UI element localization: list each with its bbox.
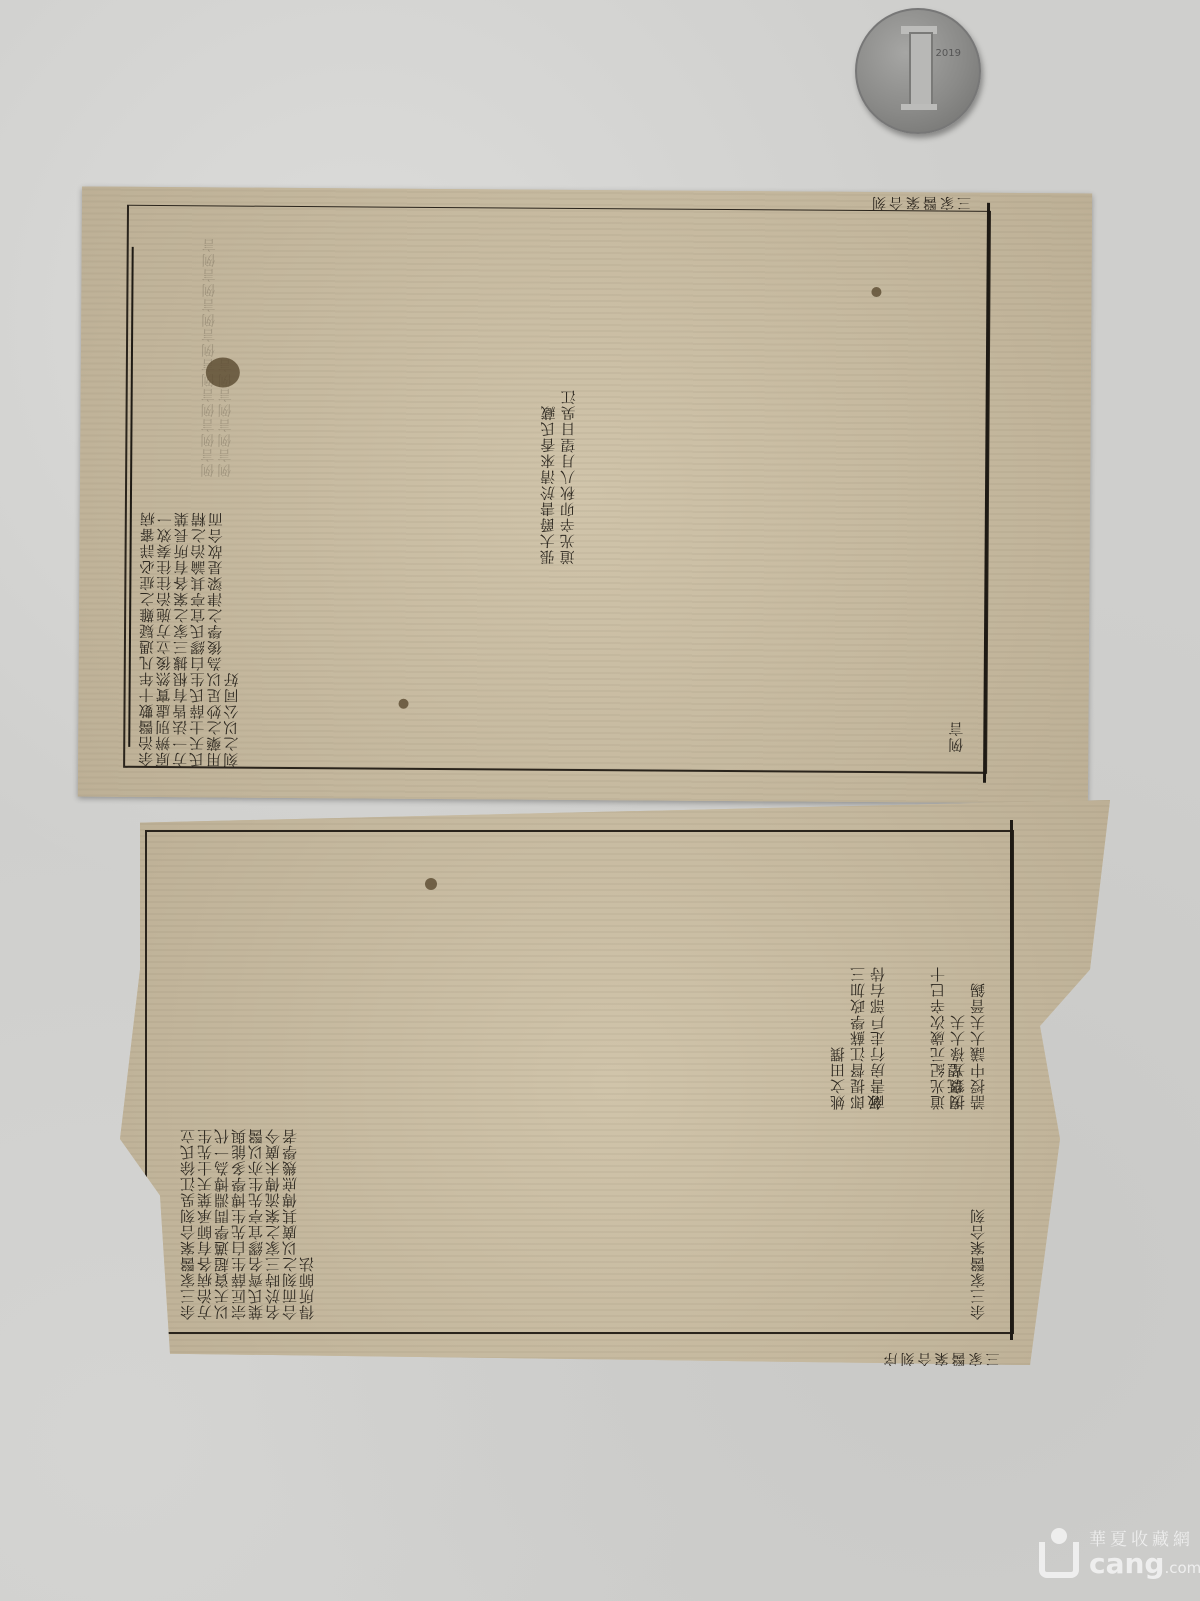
margin-header-bottom: 三家醫案合刻序 (820, 1345, 1060, 1369)
cang-logo-icon (1035, 1528, 1083, 1580)
ink-stain (871, 287, 881, 297)
preface-text-columns: 余三家醫案合刻吳江徐氏立方治病各有師承葉天士先生以天資超邁學問淵博為一代宗匠薛生… (180, 1120, 990, 1320)
book-bottom-leaf: 誥授中議大夫晉錫 按察光祿大夫 南書房行走戶部右侍 郎提督江蘇學政加三級 姚文田… (110, 800, 1110, 1365)
watermark: 華夏收藏網 cang.com (1035, 1525, 1200, 1582)
ink-stain (399, 699, 409, 709)
book-top-leaf: 例言例言例言例言例言例言例言例言例言例言例言例言 道光辛卯秋八月望日吳江 張大爵… (78, 186, 1092, 803)
opening-line: 余三家醫案合刻 (970, 1120, 987, 1320)
bleed-through-text: 例言例言例言例言例言例言例言例言例言例言例言例言 (200, 227, 236, 477)
colophon-line: 道光辛卯秋八月望日吳江 (560, 365, 578, 565)
colophon-line: 郎提督江蘇學政加三級 (850, 960, 884, 1110)
coin-year: 2019 (936, 48, 961, 59)
ink-stain (206, 357, 240, 387)
margin-header-top: 三家醫案合刻 (800, 190, 1040, 216)
border-double-line (1010, 820, 1013, 1340)
colophon-line: 誥授中議大夫晉錫 (970, 960, 987, 1110)
date-line: 道光紀元歲次辛巳十月既望 (930, 960, 964, 1110)
coin-monument (909, 32, 933, 110)
body-text-columns: 余治醫數十年凡遇疑難之症必詳審病原辨別虛實然後立方施治往往奏效一方一法皆有根據三… (138, 507, 560, 770)
ink-stain (425, 878, 437, 890)
watermark-english: cang.com (1089, 1550, 1200, 1582)
coin: 2019 (855, 8, 981, 134)
colophon-line: 姚文田撰 (830, 960, 847, 1110)
section-label: 例言 (948, 633, 966, 753)
coin-monument-base (901, 104, 937, 110)
